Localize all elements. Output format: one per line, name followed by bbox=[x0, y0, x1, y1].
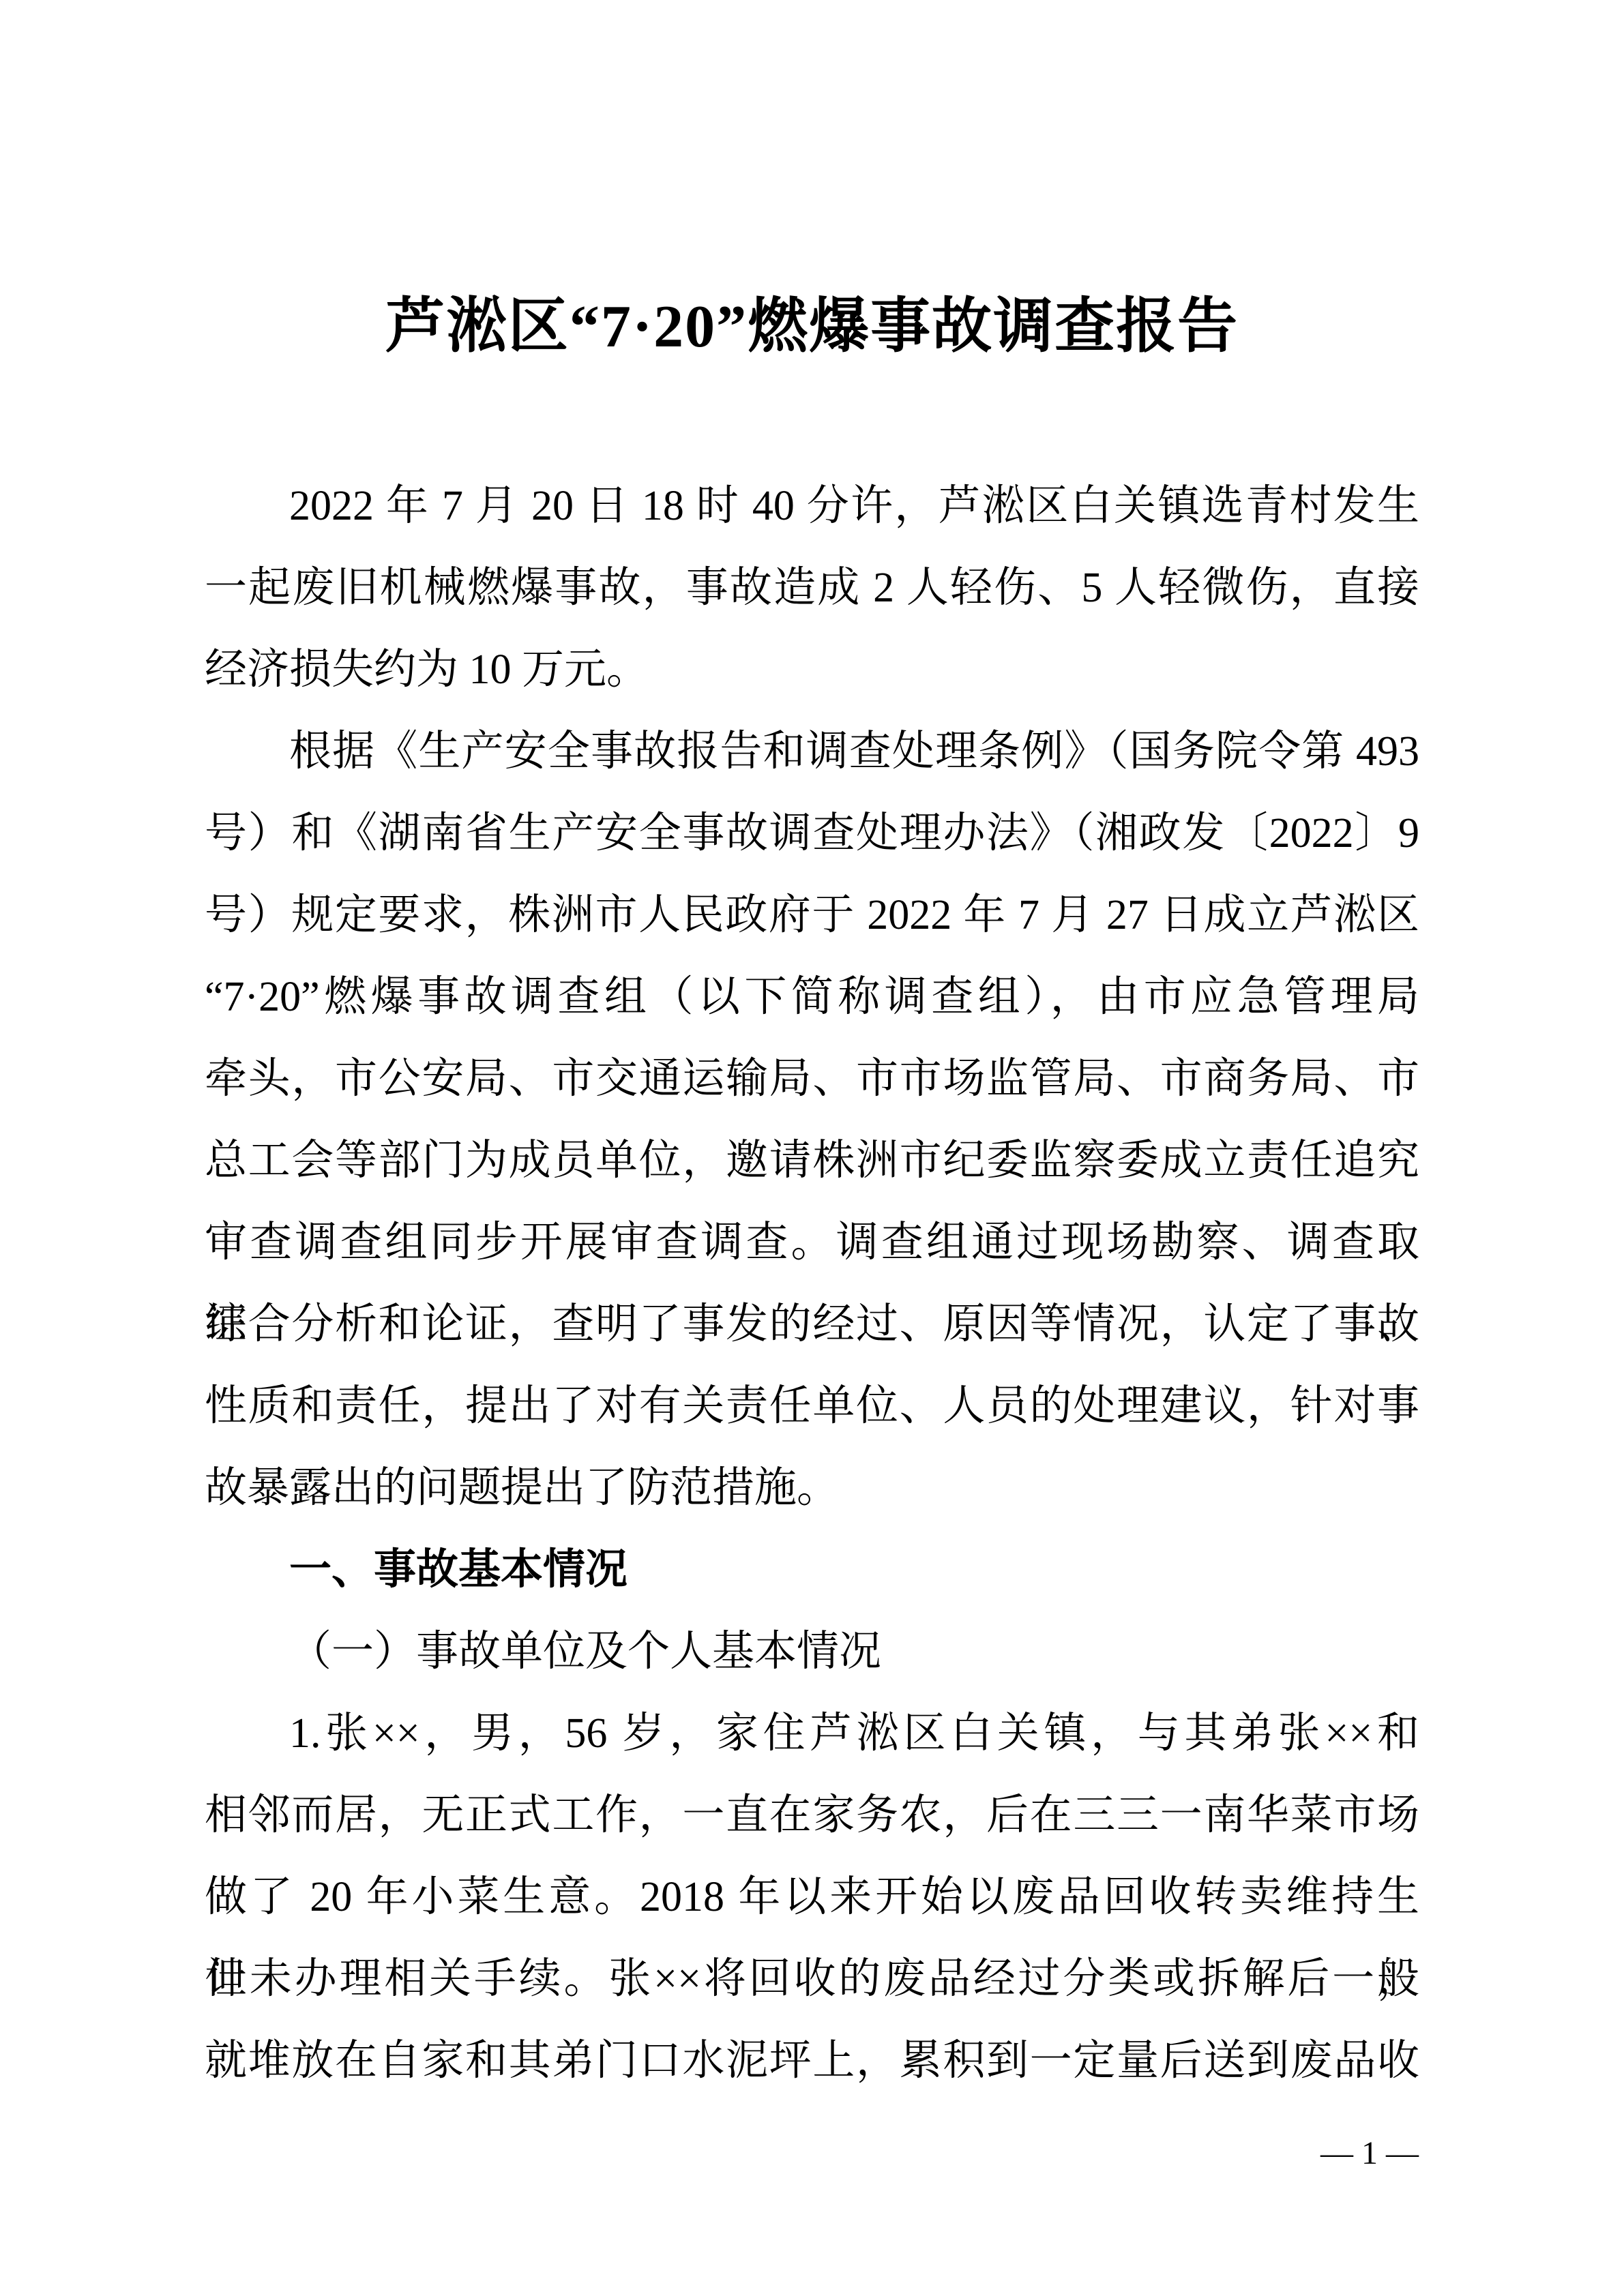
paragraph-1-line-2: 一起废旧机械燃爆事故，事故造成 2 人轻伤、5 人轻微伤，直接 bbox=[205, 547, 1419, 629]
section-heading-1: 一、事故基本情况 bbox=[205, 1529, 1419, 1611]
paragraph-1-line-3: 经济损失约为 10 万元。 bbox=[205, 629, 1419, 711]
paragraph-2-line-7: 审查调查组同步开展审查调查。调查组通过现场勘察、调查取证、 bbox=[205, 1202, 1419, 1283]
paragraph-3-line-3: 做了 20 年小菜生意。2018 年以来开始以废品回收转卖维持生计， bbox=[205, 1856, 1419, 1938]
paragraph-2-line-6: 总工会等部门为成员单位，邀请株洲市纪委监察委成立责任追究 bbox=[205, 1120, 1419, 1202]
report-title: 芦淞区“7·20”燃爆事故调查报告 bbox=[0, 293, 1624, 361]
paragraph-3-line-2: 相邻而居，无正式工作，一直在家务农，后在三三一南华菜市场 bbox=[205, 1774, 1419, 1856]
paragraph-3-line-5: 就堆放在自家和其弟门口水泥坪上，累积到一定量后送到废品收 bbox=[205, 2020, 1419, 2102]
subsection-heading-1-1: （一）事故单位及个人基本情况 bbox=[205, 1611, 1419, 1693]
paragraph-2-line-1: 根据《生产安全事故报告和调查处理条例》（国务院令第 493 bbox=[205, 711, 1419, 792]
paragraph-2-line-10: 故暴露出的问题提出了防范措施。 bbox=[205, 1447, 1419, 1529]
paragraph-2-line-3: 号）规定要求，株洲市人民政府于 2022 年 7 月 27 日成立芦淞区 bbox=[205, 874, 1419, 956]
paragraph-2-line-4: “7·20”燃爆事故调查组（以下简称调查组），由市应急管理局 bbox=[205, 956, 1419, 1038]
report-body: 2022 年 7 月 20 日 18 时 40 分许，芦淞区白关镇选青村发生 一… bbox=[205, 465, 1419, 2102]
paragraph-1-line-1: 2022 年 7 月 20 日 18 时 40 分许，芦淞区白关镇选青村发生 bbox=[205, 465, 1419, 547]
page-number: — 1 — bbox=[1320, 2132, 1419, 2175]
paragraph-3-line-4: 但未办理相关手续。张××将回收的废品经过分类或拆解后一般 bbox=[205, 1938, 1419, 2020]
paragraph-3-line-1: 1.张××，男，56 岁，家住芦淞区白关镇，与其弟张××和 bbox=[205, 1693, 1419, 1774]
document-page: 芦淞区“7·20”燃爆事故调查报告 2022 年 7 月 20 日 18 时 4… bbox=[0, 0, 1624, 2296]
paragraph-2-line-2: 号）和《湖南省生产安全事故调查处理办法》（湘政发〔2022〕9 bbox=[205, 792, 1419, 874]
paragraph-2-line-8: 综合分析和论证，查明了事发的经过、原因等情况，认定了事故 bbox=[205, 1283, 1419, 1365]
paragraph-2-line-5: 牵头，市公安局、市交通运输局、市市场监管局、市商务局、市 bbox=[205, 1038, 1419, 1120]
paragraph-2-line-9: 性质和责任，提出了对有关责任单位、人员的处理建议，针对事 bbox=[205, 1365, 1419, 1447]
